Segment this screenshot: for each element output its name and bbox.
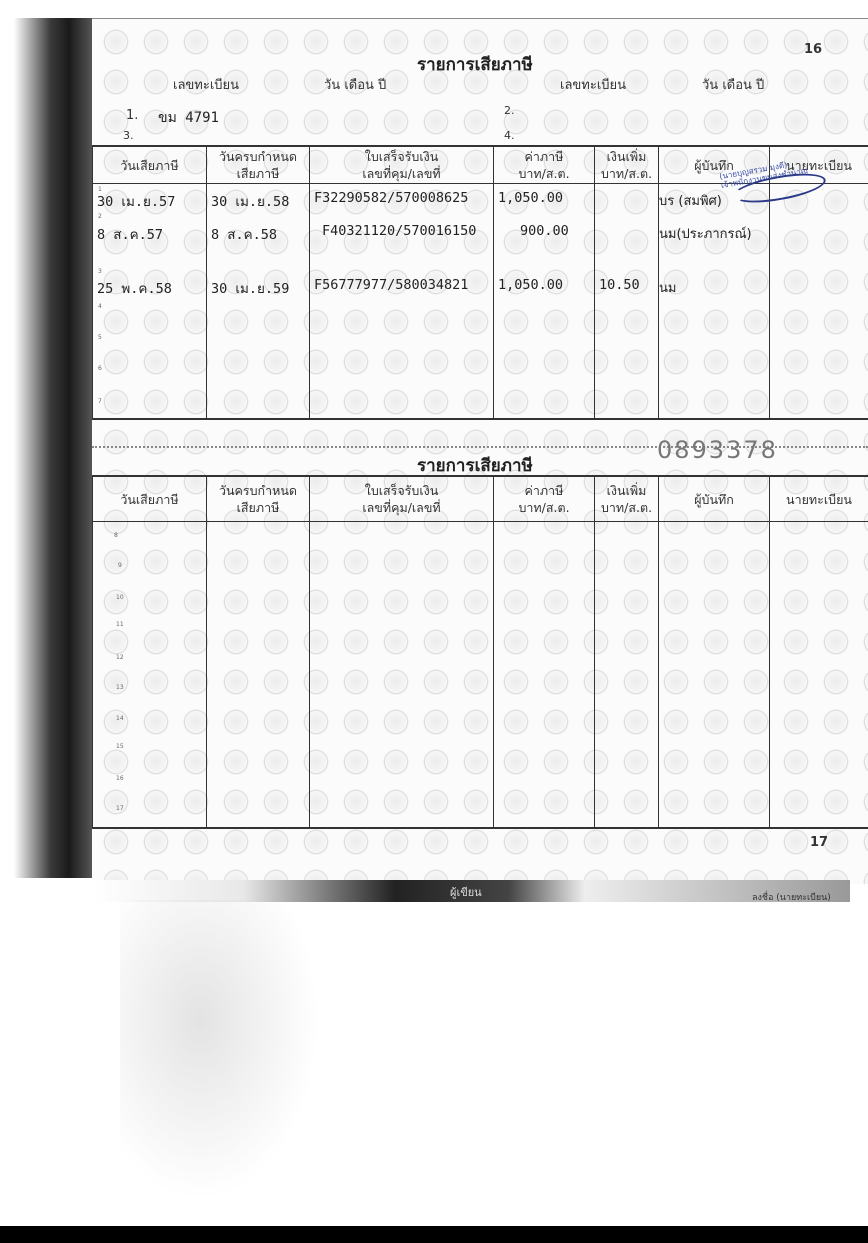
serial-number: 0893378 — [657, 436, 778, 464]
col-recorder: ผู้บันทึก — [659, 476, 770, 522]
entry-1-registration: ขม 4791 — [158, 107, 219, 129]
col-due-date: วันครบกำหนดเสียภาษี — [207, 146, 310, 184]
row-marker: 12 — [116, 654, 124, 661]
registration-book-page: รายการเสียภาษี 16 เลขทะเบียน วัน เดือน ป… — [92, 18, 868, 884]
row-marker: 11 — [116, 621, 124, 628]
entry-3-index: 3. — [123, 129, 134, 142]
col-paid-date: วันเสียภาษี — [93, 146, 207, 184]
row-marker: 5 — [98, 334, 102, 341]
row-marker: 14 — [116, 715, 124, 722]
receipt-number: F32290582/570008625 — [310, 184, 494, 217]
surcharge-amount — [595, 184, 659, 217]
lower-tax-table: วันเสียภาษี วันครบกำหนดเสียภาษี ใบเสร็จร… — [92, 475, 868, 829]
row-marker: 10 — [116, 594, 124, 601]
col-paid-date: วันเสียภาษี — [93, 476, 207, 522]
col-surcharge: เงินเพิ่มบาท/ส.ต. — [595, 476, 659, 522]
paid-date: 8 ส.ค.57 — [93, 217, 207, 269]
right-registration-label: เลขทะเบียน — [560, 74, 626, 95]
right-date-label: วัน เดือน ปี — [702, 74, 764, 95]
strip-text-right: ลงชื่อ (นายทะเบียน) — [752, 890, 831, 904]
scan-smudge — [120, 900, 320, 1200]
top-border — [92, 18, 868, 19]
row-marker: 3 — [98, 268, 102, 275]
surcharge-amount: 10.50 — [595, 269, 659, 309]
scan-bottom-edge — [0, 1226, 868, 1243]
row-marker: 2 — [98, 213, 102, 220]
due-date: 8 ส.ค.58 — [207, 217, 310, 269]
registrar — [770, 269, 868, 309]
entry-4-index: 4. — [504, 129, 515, 142]
tax-amount: 900.00 — [494, 217, 595, 269]
paid-date: 30 เม.ย.57 — [93, 184, 207, 217]
receipt-number: F56777977/580034821 — [310, 269, 494, 309]
col-surcharge: เงินเพิ่มบาท/ส.ต. — [595, 146, 659, 184]
row-marker: 4 — [98, 303, 102, 310]
due-date: 30 เม.ย.58 — [207, 184, 310, 217]
registrar — [770, 217, 868, 269]
col-receipt: ใบเสร็จรับเงินเลขที่คุม/เลขที่ — [310, 476, 494, 522]
entry-2-index: 2. — [504, 104, 515, 117]
row-marker: 16 — [116, 775, 124, 782]
table-row: 25 พ.ค.58 30 เม.ย.59 F56777977/580034821… — [93, 269, 868, 309]
tax-amount: 1,050.00 — [494, 269, 595, 309]
col-receipt: ใบเสร็จรับเงินเลขที่คุม/เลขที่ — [310, 146, 494, 184]
table-row: 8 ส.ค.57 8 ส.ค.58 F40321120/570016150 90… — [93, 217, 868, 269]
row-marker: 13 — [116, 684, 124, 691]
recorder: นม — [659, 269, 770, 309]
upper-section-title: รายการเสียภาษี — [417, 51, 533, 78]
left-registration-label: เลขทะเบียน — [173, 74, 239, 95]
row-marker: 6 — [98, 365, 102, 372]
due-date: 30 เม.ย.59 — [207, 269, 310, 309]
row-marker: 17 — [116, 805, 124, 812]
col-registrar: นายทะเบียน — [770, 476, 868, 522]
paid-date: 25 พ.ค.58 — [93, 269, 207, 309]
entry-1-index: 1. — [126, 108, 138, 123]
row-marker: 7 — [98, 398, 102, 405]
tax-amount: 1,050.00 — [494, 184, 595, 217]
strip-text-left: ผู้เขียน — [450, 883, 482, 901]
left-date-label: วัน เดือน ปี — [324, 74, 386, 95]
table-row-empty — [93, 522, 868, 828]
scan-shadow — [0, 18, 92, 878]
row-marker: 8 — [114, 532, 118, 539]
lower-table-header: วันเสียภาษี วันครบกำหนดเสียภาษี ใบเสร็จร… — [93, 476, 868, 522]
col-due-date: วันครบกำหนดเสียภาษี — [207, 476, 310, 522]
surcharge-amount — [595, 217, 659, 269]
page-number-16: 16 — [804, 42, 822, 57]
col-tax: ค่าภาษีบาท/ส.ต. — [494, 146, 595, 184]
page-number-17: 17 — [810, 835, 828, 850]
row-marker: 15 — [116, 743, 124, 750]
col-tax: ค่าภาษีบาท/ส.ต. — [494, 476, 595, 522]
table-row-empty — [93, 309, 868, 419]
receipt-number: F40321120/570016150 — [310, 217, 494, 269]
row-marker: 1 — [98, 186, 102, 193]
recorder: นม(ประภากรณ์) — [659, 217, 770, 269]
row-marker: 9 — [118, 562, 122, 569]
